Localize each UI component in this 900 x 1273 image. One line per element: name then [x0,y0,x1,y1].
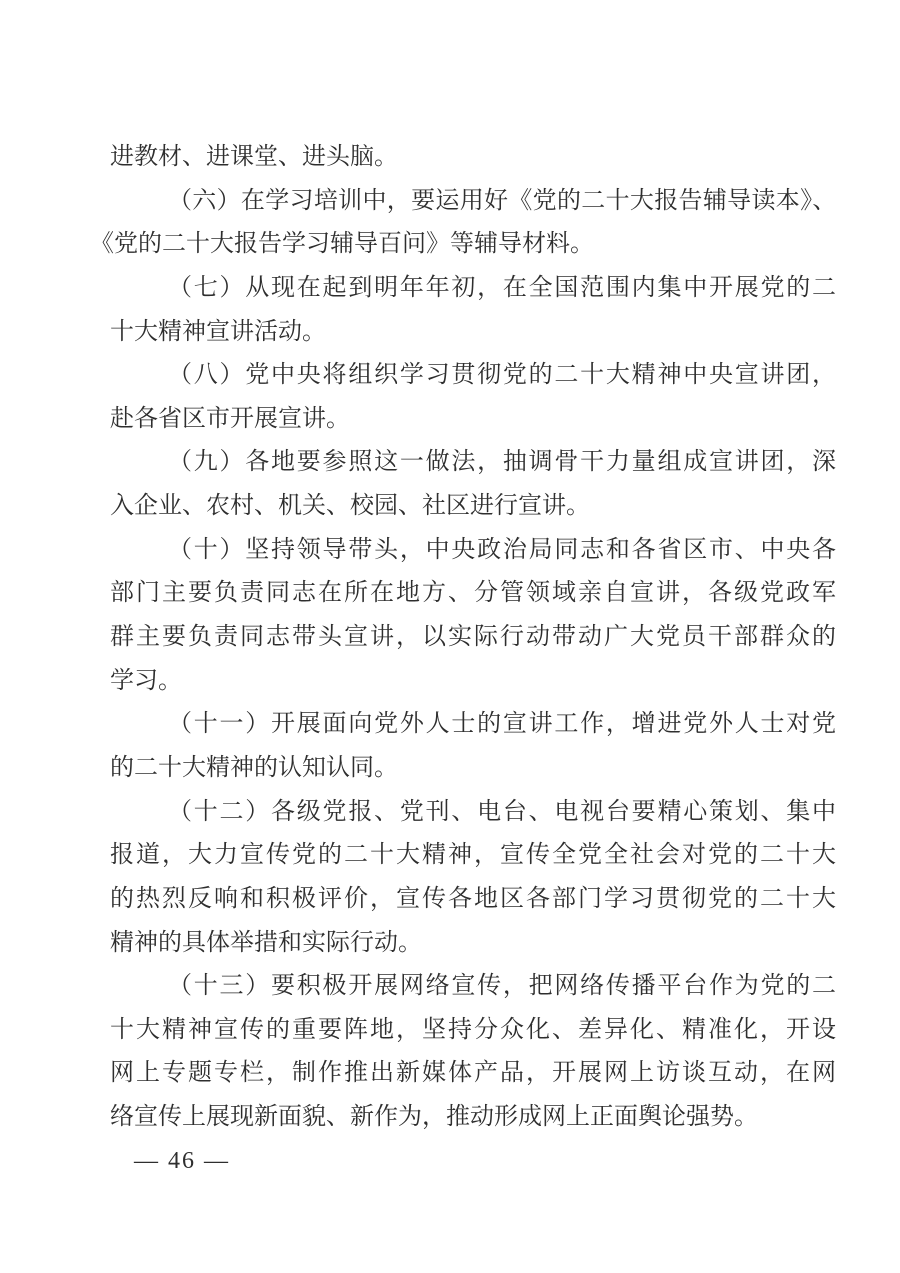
text-line: 十大精神宣讲活动。 [110,311,836,355]
text-line: （八）党中央将组织学习贯彻党的二十大精神中央宣讲团， [110,354,836,398]
text-line: 精神的具体举措和实际行动。 [110,922,836,966]
text-line: 的二十大精神的认知认同。 [110,747,836,791]
text-line: （十）坚持领导带头，中央政治局同志和各省区市、中央各 [110,529,836,573]
text-line: 的热烈反响和积极评价，宣传各地区各部门学习贯彻党的二十大 [110,878,836,922]
text-line: 络宣传上展现新面貌、新作为，推动形成网上正面舆论强势。 [110,1096,836,1140]
document-page: 进教材、进课堂、进头脑。 （六）在学习培训中，要运用好《党的二十大报告辅导读本》… [0,0,900,1273]
text-line: 学习。 [110,660,836,704]
text-line: 《党的二十大报告学习辅导百问》等辅导材料。 [90,223,836,267]
page-number: — 46 — [134,1146,230,1176]
text-line: 进教材、进课堂、进头脑。 [110,136,836,180]
text-line: （九）各地要参照这一做法，抽调骨干力量组成宣讲团，深 [110,441,836,485]
text-line: （十一）开展面向党外人士的宣讲工作，增进党外人士对党 [110,703,836,747]
text-line: （十三）要积极开展网络宣传，把网络传播平台作为党的二 [110,965,836,1009]
text-line: 赴各省区市开展宣讲。 [110,398,836,442]
text-line: 部门主要负责同志在所在地方、分管领域亲自宣讲，各级党政军 [110,572,836,616]
document-body: 进教材、进课堂、进头脑。 （六）在学习培训中，要运用好《党的二十大报告辅导读本》… [110,136,836,1140]
text-line: 入企业、农村、机关、校园、社区进行宣讲。 [110,485,836,529]
text-line: 十大精神宣传的重要阵地，坚持分众化、差异化、精准化，开设 [110,1009,836,1053]
text-line: （十二）各级党报、党刊、电台、电视台要精心策划、集中 [110,791,836,835]
text-line: 报道，大力宣传党的二十大精神，宣传全党全社会对党的二十大 [110,834,836,878]
text-line: 群主要负责同志带头宣讲，以实际行动带动广大党员干部群众的 [110,616,836,660]
text-line: 网上专题专栏，制作推出新媒体产品，开展网上访谈互动，在网 [110,1052,836,1096]
text-line: （七）从现在起到明年年初，在全国范围内集中开展党的二 [110,267,836,311]
text-line: （六）在学习培训中，要运用好《党的二十大报告辅导读本》、 [110,180,836,224]
